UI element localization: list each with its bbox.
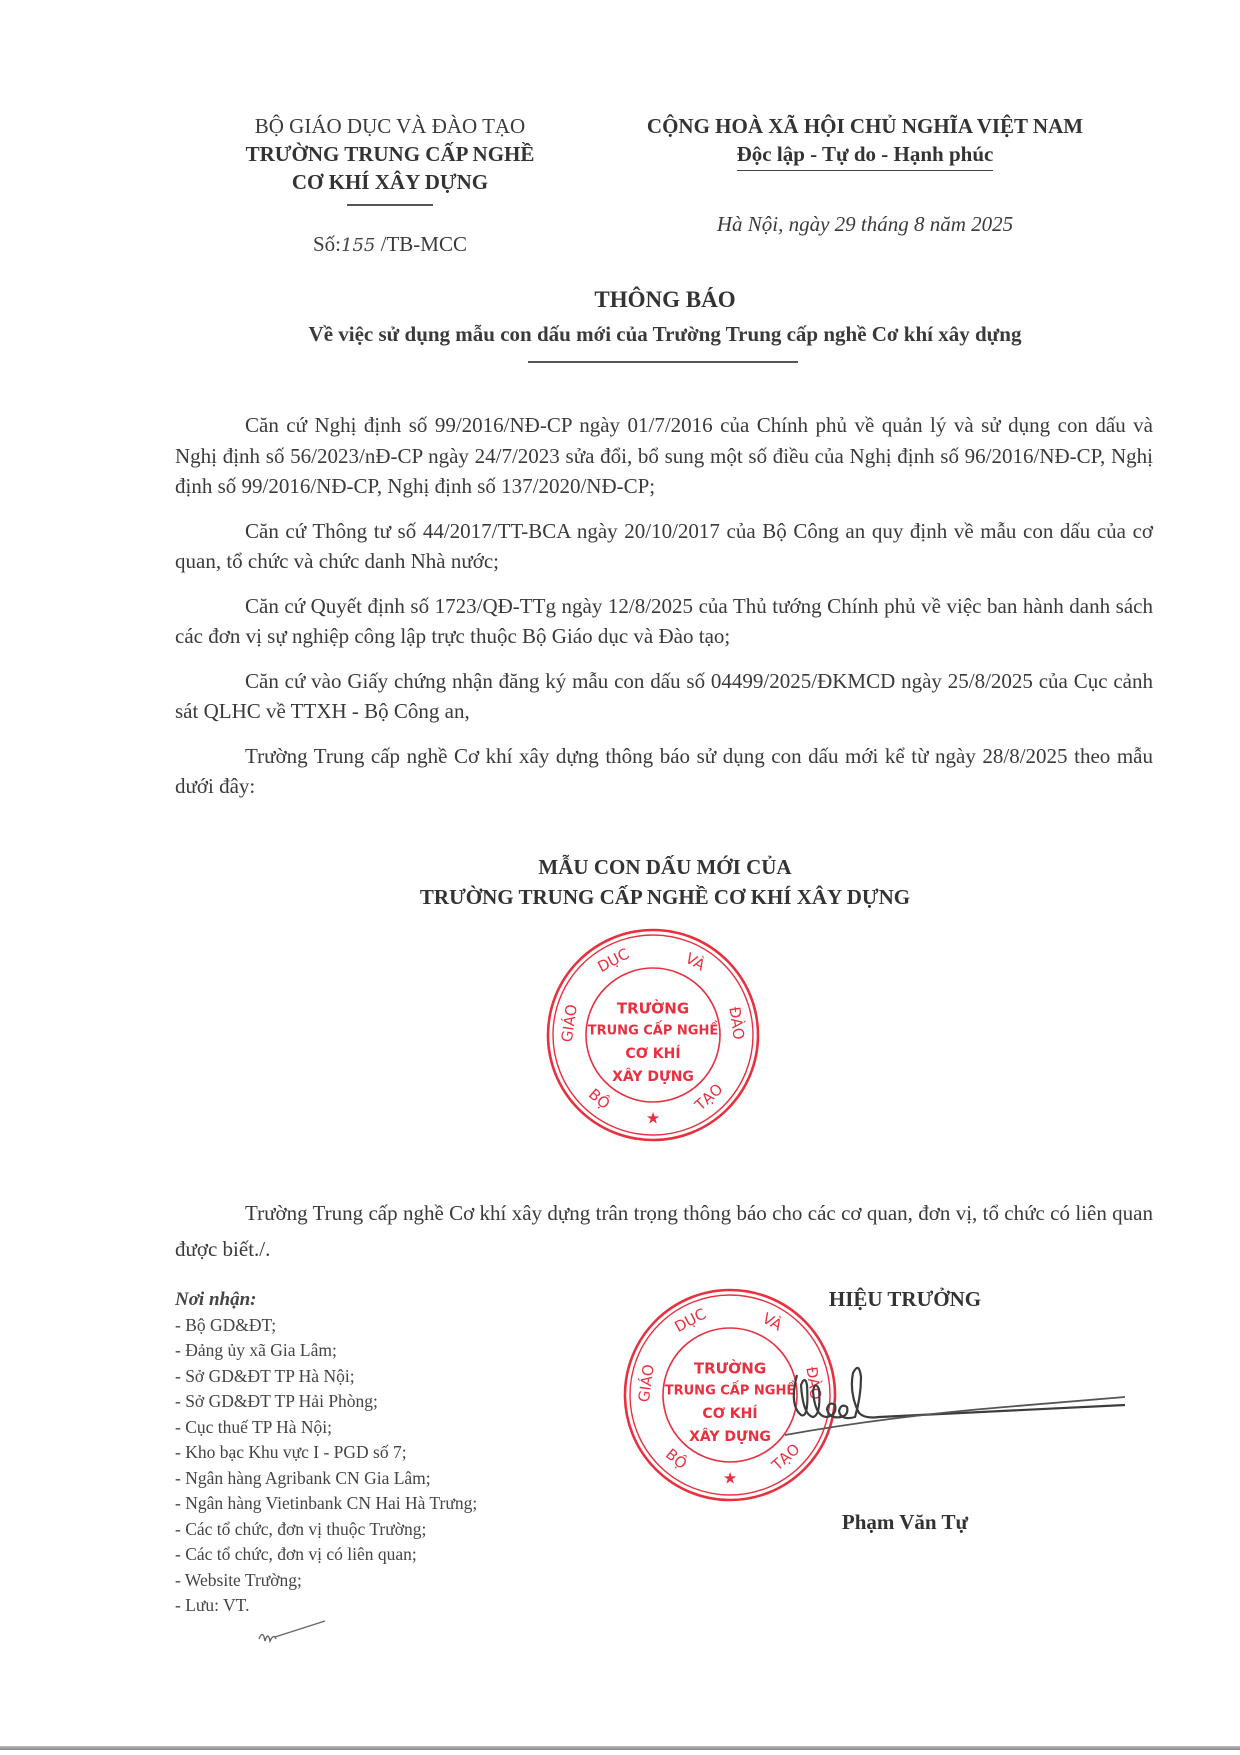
seal-icon: BỘGIÁODỤCVÀĐÀOTẠOTRƯỜNGTRUNG CẤP NGHỀCƠ … [545,927,761,1143]
recipient-item: - Ngân hàng Agribank CN Gia Lâm; [175,1466,605,1492]
svg-text:GIÁO: GIÁO [557,1003,581,1043]
svg-text:★: ★ [646,1109,660,1128]
subject-divider [528,361,798,363]
ministry-name: BỘ GIÁO DỤC VÀ ĐÀO TẠO [175,112,605,140]
svg-text:ĐÀO: ĐÀO [725,1005,748,1040]
number-prefix: Số: [313,232,341,256]
recipient-item: - Các tổ chức, đơn vị thuộc Trường; [175,1517,605,1543]
recipient-item: - Website Trường; [175,1568,605,1594]
svg-text:TẠO: TẠO [691,1080,727,1115]
document-type: THÔNG BÁO [175,287,1155,313]
document-number: Số:155 /TB-MCC [175,232,605,257]
national-header: CỘNG HOÀ XÃ HỘI CHỦ NGHĨA VIỆT NAM Độc l… [605,112,1125,171]
svg-text:CƠ KHÍ: CƠ KHÍ [702,1405,757,1422]
republic-name: CỘNG HOÀ XÃ HỘI CHỦ NGHĨA VIỆT NAM [605,112,1125,140]
svg-text:BỘ: BỘ [585,1084,614,1113]
body-paragraph: Căn cứ Nghị định số 99/2016/NĐ-CP ngày 0… [175,410,1153,502]
closing-statement: Trường Trung cấp nghề Cơ khí xây dựng tr… [175,1195,1153,1267]
recipient-item: - Cục thuế TP Hà Nội; [175,1415,605,1441]
recipient-item: - Các tổ chức, đơn vị có liên quan; [175,1542,605,1568]
body-paragraph: Căn cứ Quyết định số 1723/QĐ-TTg ngày 12… [175,591,1153,652]
svg-text:XÂY DỰNG: XÂY DỰNG [612,1068,694,1085]
seal-sample: BỘGIÁODỤCVÀĐÀOTẠOTRƯỜNGTRUNG CẤP NGHỀCƠ … [545,927,761,1143]
recipient-item: - Sở GD&ĐT TP Hải Phòng; [175,1389,605,1415]
recipients-block: Nơi nhận: - Bộ GD&ĐT;- Đảng ủy xã Gia Lâ… [175,1287,605,1619]
initials-icon [255,1619,335,1649]
handwritten-signature-icon [785,1355,1125,1455]
svg-text:CƠ KHÍ: CƠ KHÍ [625,1045,680,1062]
national-motto: Độc lập - Tự do - Hạnh phúc [737,140,994,171]
recipient-item: - Bộ GD&ĐT; [175,1313,605,1339]
issuer-block: BỘ GIÁO DỤC VÀ ĐÀO TẠO TRƯỜNG TRUNG CẤP … [175,112,605,206]
svg-text:VÀ: VÀ [759,1308,786,1335]
svg-text:TRƯỜNG: TRƯỜNG [694,1359,766,1378]
recipients-heading: Nơi nhận: [175,1287,605,1313]
document-body: Căn cứ Nghị định số 99/2016/NĐ-CP ngày 0… [175,410,1153,816]
handwritten-number: 155 [341,235,375,256]
svg-text:★: ★ [723,1469,737,1488]
recipient-item: - Đảng ủy xã Gia Lâm; [175,1338,605,1364]
svg-text:TRUNG CẤP NGHỀ: TRUNG CẤP NGHỀ [588,1021,719,1039]
svg-text:VÀ: VÀ [682,948,709,975]
recipients-list: - Bộ GD&ĐT;- Đảng ủy xã Gia Lâm;- Sở GD&… [175,1313,605,1619]
stamp-title-line1: MẪU CON DẤU MỚI CỦA [175,852,1155,882]
svg-text:BỘ: BỘ [662,1444,691,1473]
issuer-divider [347,204,433,206]
closing-text: Trường Trung cấp nghề Cơ khí xây dựng tr… [175,1195,1153,1267]
recipient-item: - Lưu: VT. [175,1593,605,1619]
place-date: Hà Nội, ngày 29 tháng 8 năm 2025 [605,212,1125,237]
document-subject: Về việc sử dụng mẫu con dấu mới của Trườ… [175,322,1155,347]
recipient-item: - Sở GD&ĐT TP Hà Nội; [175,1364,605,1390]
body-paragraph: Trường Trung cấp nghề Cơ khí xây dựng th… [175,741,1153,802]
page-edge [0,1746,1240,1750]
body-paragraph: Căn cứ vào Giấy chứng nhận đăng ký mẫu c… [175,666,1153,727]
svg-text:XÂY DỰNG: XÂY DỰNG [689,1428,771,1445]
svg-text:TRUNG CẤP NGHỀ: TRUNG CẤP NGHỀ [665,1381,796,1399]
number-suffix: /TB-MCC [381,232,467,256]
recipient-item: - Kho bạc Khu vực I - PGD số 7; [175,1440,605,1466]
stamp-title-line2: TRƯỜNG TRUNG CẤP NGHỀ CƠ KHÍ XÂY DỰNG [175,882,1155,912]
school-name-line1: TRƯỜNG TRUNG CẤP NGHỀ [175,140,605,168]
school-name-line2: CƠ KHÍ XÂY DỰNG [175,168,605,196]
svg-text:TRƯỜNG: TRƯỜNG [617,999,689,1018]
stamp-section-title: MẪU CON DẤU MỚI CỦA TRƯỜNG TRUNG CẤP NGH… [175,852,1155,912]
body-paragraph: Căn cứ Thông tư số 44/2017/TT-BCA ngày 2… [175,516,1153,577]
svg-text:GIÁO: GIÁO [634,1363,658,1403]
signer-name: Phạm Văn Tự [780,1510,1030,1535]
recipient-item: - Ngân hàng Vietinbank CN Hai Hà Trưng; [175,1491,605,1517]
